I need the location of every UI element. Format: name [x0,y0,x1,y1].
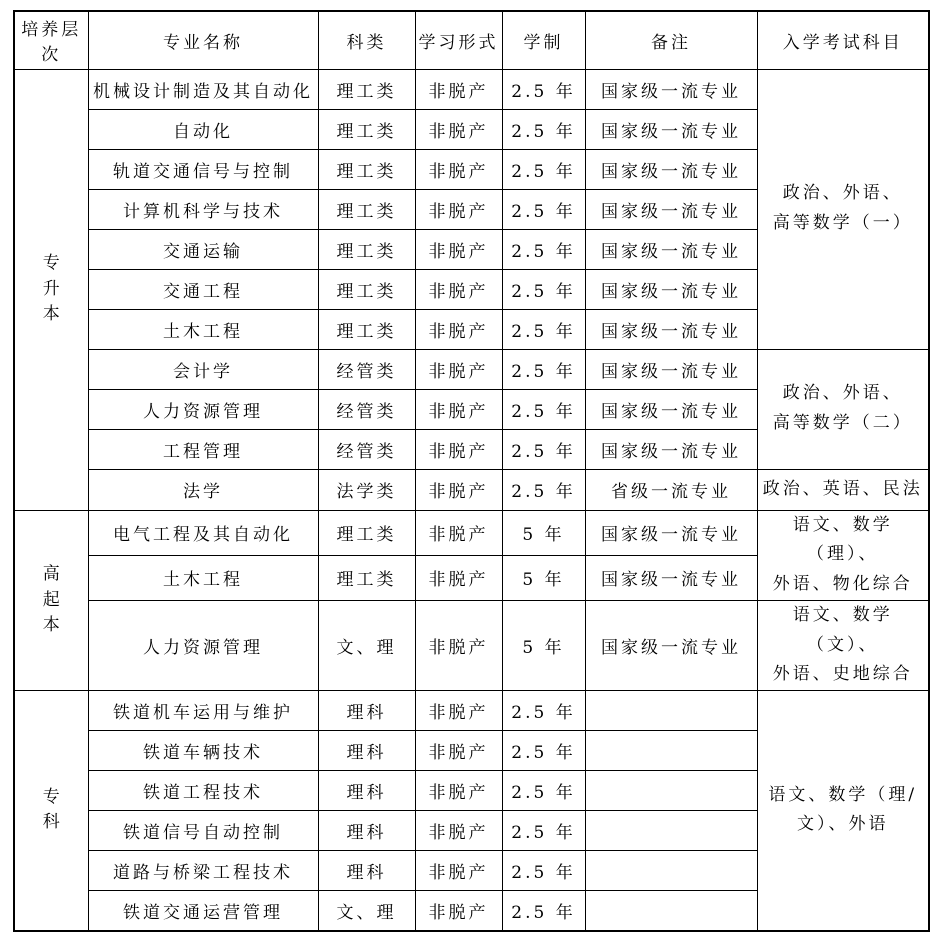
cell-form: 非脱产 [415,269,502,309]
table-row: 专科 铁道机车运用与维护 理科 非脱产 2.5 年 语文、数学（理/ 文）、外语 [14,691,929,731]
cell-major: 铁道交通运营管理 [88,891,318,931]
cell-form: 非脱产 [415,469,502,510]
header-cell-category: 科类 [318,11,415,69]
cell-remark: 国家级一流专业 [585,349,757,389]
cell-remark: 国家级一流专业 [585,269,757,309]
cell-duration: 2.5 年 [502,109,585,149]
cell-duration: 2.5 年 [502,349,585,389]
cell-remark: 国家级一流专业 [585,229,757,269]
cell-major: 法学 [88,469,318,510]
cell-duration: 2.5 年 [502,429,585,469]
cell-duration: 2.5 年 [502,229,585,269]
cell-remark: 国家级一流专业 [585,69,757,109]
cell-form: 非脱产 [415,851,502,891]
cell-category: 理工类 [318,149,415,189]
cell-form: 非脱产 [415,510,502,555]
cell-category: 理工类 [318,229,415,269]
cell-major: 会计学 [88,349,318,389]
cell-form: 非脱产 [415,600,502,690]
header-cell-major: 专业名称 [88,11,318,69]
cell-form: 非脱产 [415,691,502,731]
cell-major: 铁道机车运用与维护 [88,691,318,731]
cell-exam-subjects: 政治、英语、民法 [757,469,929,510]
cell-remark [585,891,757,931]
cell-exam-subjects: 语文、数学（理）、 外语、物化综合 [757,510,929,600]
cell-remark: 国家级一流专业 [585,555,757,600]
cell-category: 文、理 [318,891,415,931]
cell-remark: 国家级一流专业 [585,510,757,555]
cell-form: 非脱产 [415,189,502,229]
cell-duration: 5 年 [502,600,585,690]
cell-duration: 2.5 年 [502,811,585,851]
cell-major: 铁道信号自动控制 [88,811,318,851]
cell-category: 文、理 [318,600,415,690]
cell-major: 计算机科学与技术 [88,189,318,229]
cell-duration: 2.5 年 [502,189,585,229]
header-cell-level: 培养层次 [14,11,88,69]
cell-category: 理工类 [318,189,415,229]
level-cell-gaoqiben: 高起本 [14,510,88,691]
cell-form: 非脱产 [415,429,502,469]
level-label: 高起本 [41,562,61,639]
table-row: 会计学 经管类 非脱产 2.5 年 国家级一流专业 政治、外语、 高等数学（二） [14,349,929,389]
cell-duration: 2.5 年 [502,731,585,771]
cell-category: 理工类 [318,510,415,555]
cell-major: 交通运输 [88,229,318,269]
cell-duration: 2.5 年 [502,851,585,891]
header-row: 培养层次 专业名称 科类 学习形式 学制 备注 入学考试科目 [14,11,929,69]
cell-duration: 5 年 [502,510,585,555]
cell-major: 铁道工程技术 [88,771,318,811]
cell-major: 电气工程及其自动化 [88,510,318,555]
cell-category: 理科 [318,851,415,891]
cell-category: 理工类 [318,555,415,600]
table-row: 专升本 机械设计制造及其自动化 理工类 非脱产 2.5 年 国家级一流专业 政治… [14,69,929,109]
cell-major: 人力资源管理 [88,389,318,429]
cell-remark [585,731,757,771]
cell-category: 理科 [318,771,415,811]
cell-remark: 国家级一流专业 [585,109,757,149]
cell-remark: 国家级一流专业 [585,149,757,189]
cell-form: 非脱产 [415,149,502,189]
cell-duration: 5 年 [502,555,585,600]
cell-major: 轨道交通信号与控制 [88,149,318,189]
cell-remark: 国家级一流专业 [585,600,757,690]
cell-exam-subjects: 政治、外语、 高等数学（二） [757,349,929,469]
cell-major: 人力资源管理 [88,600,318,690]
cell-form: 非脱产 [415,731,502,771]
cell-form: 非脱产 [415,891,502,931]
cell-major: 土木工程 [88,555,318,600]
cell-duration: 2.5 年 [502,891,585,931]
cell-remark [585,771,757,811]
header-cell-exam: 入学考试科目 [757,11,929,69]
cell-major: 道路与桥梁工程技术 [88,851,318,891]
cell-major: 工程管理 [88,429,318,469]
level-cell-zhuanshengben: 专升本 [14,69,88,510]
cell-form: 非脱产 [415,109,502,149]
table-row: 人力资源管理 文、理 非脱产 5 年 国家级一流专业 语文、数学（文）、 外语、… [14,600,929,690]
header-cell-duration: 学制 [502,11,585,69]
cell-duration: 2.5 年 [502,771,585,811]
cell-remark [585,691,757,731]
cell-major: 交通工程 [88,269,318,309]
cell-form: 非脱产 [415,811,502,851]
cell-form: 非脱产 [415,229,502,269]
cell-form: 非脱产 [415,389,502,429]
cell-form: 非脱产 [415,349,502,389]
cell-category: 理工类 [318,309,415,349]
cell-category: 理工类 [318,69,415,109]
cell-exam-subjects: 语文、数学（文）、 外语、史地综合 [757,600,929,690]
cell-category: 经管类 [318,429,415,469]
cell-category: 法学类 [318,469,415,510]
cell-major: 土木工程 [88,309,318,349]
level-cell-zhuanke: 专科 [14,691,88,931]
header-cell-form: 学习形式 [415,11,502,69]
header-cell-remark: 备注 [585,11,757,69]
cell-remark: 国家级一流专业 [585,429,757,469]
cell-major: 自动化 [88,109,318,149]
table-row: 法学 法学类 非脱产 2.5 年 省级一流专业 政治、英语、民法 [14,469,929,510]
cell-form: 非脱产 [415,771,502,811]
cell-remark: 国家级一流专业 [585,189,757,229]
table-row: 高起本 电气工程及其自动化 理工类 非脱产 5 年 国家级一流专业 语文、数学（… [14,510,929,555]
cell-form: 非脱产 [415,69,502,109]
cell-category: 理科 [318,811,415,851]
cell-remark: 国家级一流专业 [585,389,757,429]
cell-remark: 省级一流专业 [585,469,757,510]
cell-remark [585,811,757,851]
cell-form: 非脱产 [415,309,502,349]
level-label: 专科 [41,785,61,836]
admission-programs-table: 培养层次 专业名称 科类 学习形式 学制 备注 入学考试科目 专升本 机械设计制… [13,10,930,932]
cell-category: 理工类 [318,269,415,309]
cell-duration: 2.5 年 [502,269,585,309]
cell-duration: 2.5 年 [502,149,585,189]
cell-remark: 国家级一流专业 [585,309,757,349]
cell-form: 非脱产 [415,555,502,600]
cell-category: 理科 [318,691,415,731]
cell-remark [585,851,757,891]
cell-category: 经管类 [318,389,415,429]
cell-duration: 2.5 年 [502,389,585,429]
cell-duration: 2.5 年 [502,469,585,510]
cell-duration: 2.5 年 [502,691,585,731]
cell-category: 理工类 [318,109,415,149]
cell-major: 铁道车辆技术 [88,731,318,771]
cell-duration: 2.5 年 [502,309,585,349]
cell-major: 机械设计制造及其自动化 [88,69,318,109]
cell-category: 经管类 [318,349,415,389]
cell-exam-subjects: 语文、数学（理/ 文）、外语 [757,691,929,931]
cell-duration: 2.5 年 [502,69,585,109]
cell-exam-subjects: 政治、外语、 高等数学（一） [757,69,929,349]
cell-category: 理科 [318,731,415,771]
level-label: 专升本 [41,251,61,328]
